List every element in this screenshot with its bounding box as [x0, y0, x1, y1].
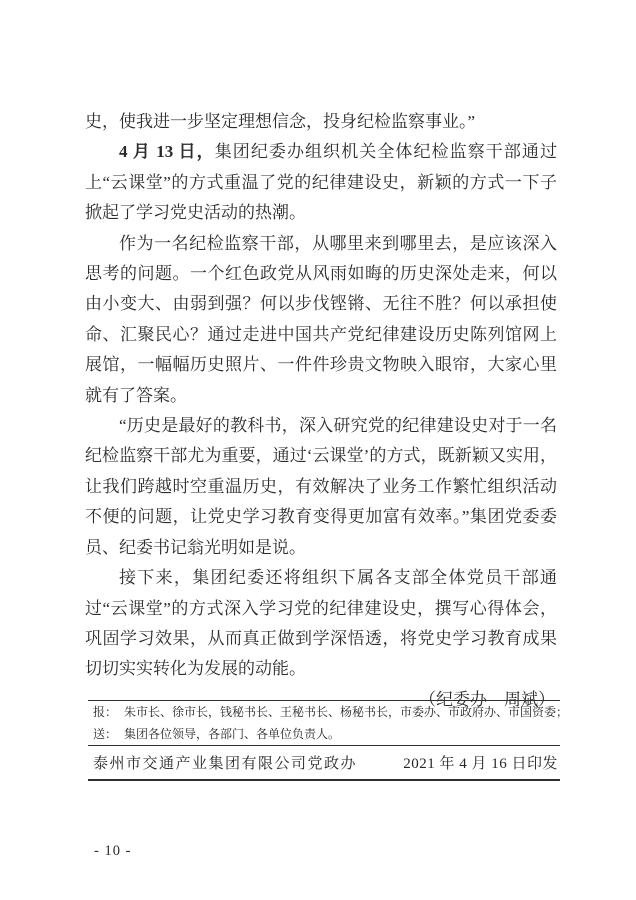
send-line: 送：集团各位领导，各部门、各单位负责人。 [88, 723, 560, 745]
document-page: 史，使我进一步坚定理想信念，投身纪检监察事业。” 4 月 13 日，集团纪委办组… [0, 0, 636, 900]
report-line: 报：朱市长、徐市长，钱秘书长、王秘书长、杨秘书长，市委办、市政府办、市国资委； [88, 701, 560, 723]
bold-date-lead: 4 月 13 日， [119, 142, 215, 161]
paragraph: 4 月 13 日，集团纪委办组织机关全体纪检监察干部通过上“云课堂”的方式重温了… [85, 137, 557, 228]
send-text: 集团各位领导，各部门、各单位负责人。 [124, 727, 340, 741]
paragraph-text: 作为一名纪检监察干部，从哪里来到哪里去，是应该深入思考的问题。一个红色政党从风雨… [85, 234, 557, 405]
colophon-bottom-rule [88, 779, 560, 781]
paragraph: 接下来，集团纪委还将组织下属各支部全体党员干部通过“云课堂”的方式深入学习党的纪… [85, 563, 557, 685]
send-label: 送： [93, 727, 117, 741]
paragraph-text: 接下来，集团纪委还将组织下属各支部全体党员干部通过“云课堂”的方式深入学习党的纪… [85, 568, 557, 678]
colophon: 报：朱市长、徐市长，钱秘书长、王秘书长、杨秘书长，市委办、市政府办、市国资委； … [88, 700, 560, 781]
print-date: 2021 年 4 月 16 日印发 [403, 752, 558, 773]
paragraph-text: “历史是最好的教科书，深入研究党的纪律建设史对于一名纪检监察干部尤为重要，通过‘… [85, 416, 557, 557]
issuer-name: 泰州市交通产业集团有限公司党政办 [93, 752, 357, 773]
paragraph-text: 史，使我进一步坚定理想信念，投身纪检监察事业。” [85, 112, 475, 131]
paragraph: 作为一名纪检监察干部，从哪里来到哪里去，是应该深入思考的问题。一个红色政党从风雨… [85, 229, 557, 411]
report-label: 报： [93, 705, 117, 719]
issuer-line: 泰州市交通产业集团有限公司党政办 2021 年 4 月 16 日印发 [88, 746, 560, 779]
page-number: - 10 - [94, 843, 131, 860]
paragraph-continuation: 史，使我进一步坚定理想信念，投身纪检监察事业。” [85, 107, 557, 137]
paragraph: “历史是最好的教科书，深入研究党的纪律建设史对于一名纪检监察干部尤为重要，通过‘… [85, 411, 557, 563]
document-body: 史，使我进一步坚定理想信念，投身纪检监察事业。” 4 月 13 日，集团纪委办组… [85, 107, 557, 715]
report-text: 朱市长、徐市长，钱秘书长、王秘书长、杨秘书长，市委办、市政府办、市国资委； [124, 705, 560, 719]
